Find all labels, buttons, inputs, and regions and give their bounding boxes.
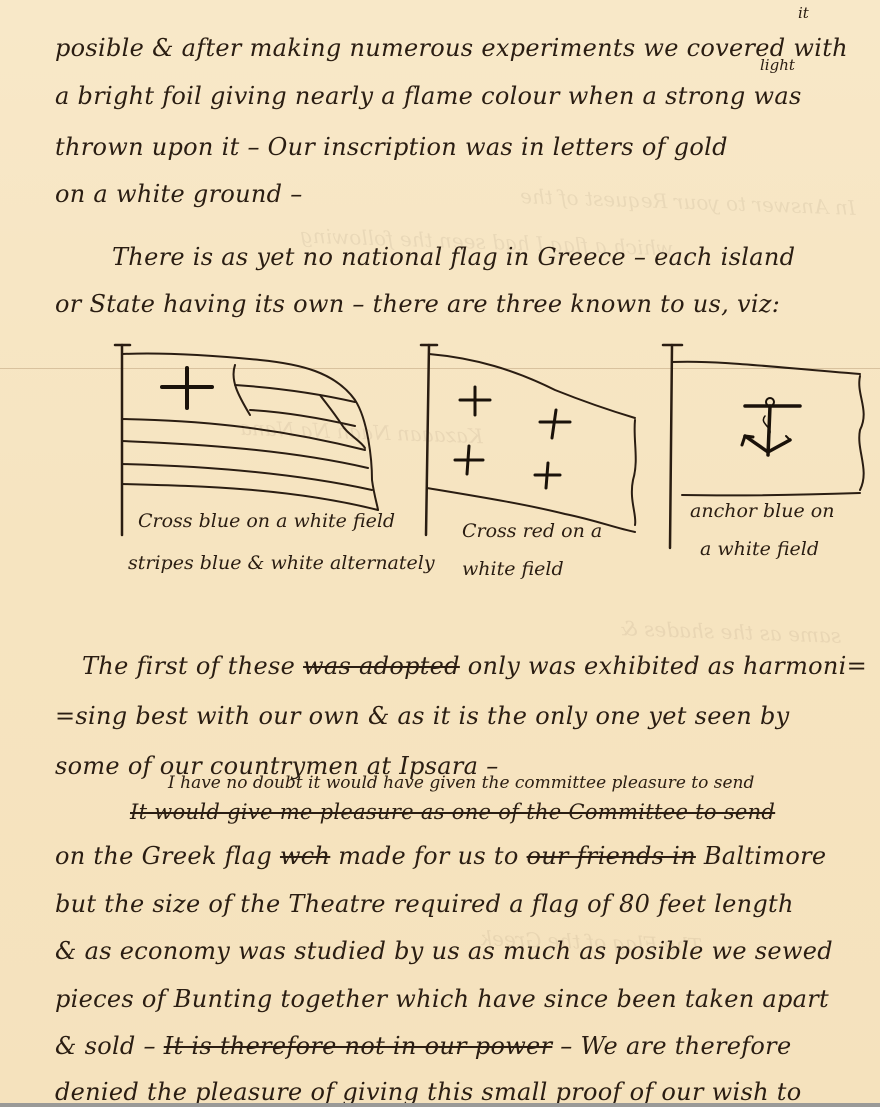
flag-caption: Cross red on a: [462, 520, 602, 542]
text-line: on a white ground –: [55, 180, 303, 208]
struck-text: It is therefore not in our power: [164, 1032, 553, 1060]
text-line: The first of these was adopted only was …: [82, 652, 867, 680]
text-line: =sing best with our own & as it is the o…: [55, 702, 789, 730]
struck-text: It would give me pleasure as one of the …: [130, 800, 775, 824]
text-line: or State having its own – there are thre…: [55, 290, 780, 318]
insertion-above: I have no doubt it would have given the …: [168, 773, 754, 793]
cross-icon: [162, 368, 212, 408]
bleed-through-text: In Answer to your Request of the: [520, 184, 856, 220]
anchor-icon: [742, 398, 800, 455]
text-line: but the size of the Theatre required a f…: [55, 890, 794, 918]
text-line: a bright foil giving nearly a flame colo…: [55, 82, 802, 110]
text-line: on the Greek flag wch made for us to our…: [55, 842, 826, 870]
text-line: denied the pleasure of giving this small…: [55, 1078, 801, 1106]
insertion-above: it: [798, 4, 809, 22]
insertion-above: light: [760, 56, 795, 74]
text-line: posible & after making numerous experime…: [55, 34, 848, 62]
letter-page: In Answer to your Request of the which a…: [0, 0, 880, 1107]
flag-caption: stripes blue & white alternately: [128, 552, 435, 574]
flag-caption: white field: [462, 558, 564, 580]
struck-text: wch: [280, 842, 330, 870]
flag-caption: anchor blue on: [690, 500, 834, 522]
text-line: pieces of Bunting together which have si…: [55, 985, 829, 1013]
struck-text: was adopted: [303, 652, 460, 680]
flag-caption: Cross blue on a white field: [138, 510, 395, 532]
cross-icon: [455, 387, 570, 488]
bleed-through-text: same as the shades &: [620, 616, 842, 648]
flag-caption: a white field: [700, 538, 819, 560]
text-line: & sold – It is therefore not in our powe…: [55, 1032, 791, 1060]
text-line: thrown upon it – Our inscription was in …: [55, 133, 728, 161]
flag-four-crosses: [415, 340, 645, 540]
struck-text: our friends in: [527, 842, 696, 870]
text-line: There is as yet no national flag in Gree…: [112, 243, 795, 271]
text-line: & as economy was studied by us as much a…: [55, 937, 833, 965]
